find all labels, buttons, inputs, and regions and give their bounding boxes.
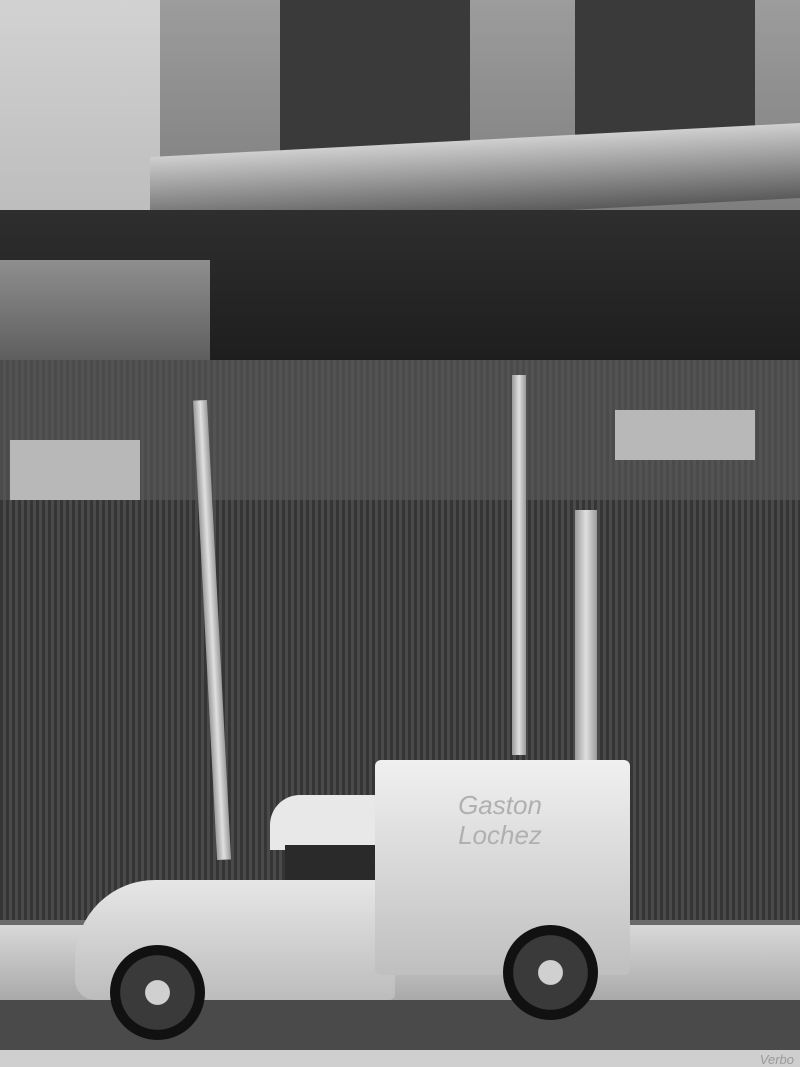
left-cornice xyxy=(0,260,210,360)
upper-window xyxy=(280,0,470,165)
caption-fragment: Verbo xyxy=(760,1052,794,1067)
pole xyxy=(512,375,526,755)
photograph: Gaston Lochez xyxy=(0,0,800,1050)
pale-facade-section xyxy=(0,0,160,215)
van-roof xyxy=(270,795,380,850)
pale-panel xyxy=(615,410,755,460)
van-window xyxy=(285,845,375,880)
van-rear-wheel xyxy=(503,925,598,1020)
van-front-wheel xyxy=(110,945,205,1040)
van-lettering: Gaston Lochez xyxy=(395,790,605,850)
pale-panel xyxy=(10,440,140,500)
